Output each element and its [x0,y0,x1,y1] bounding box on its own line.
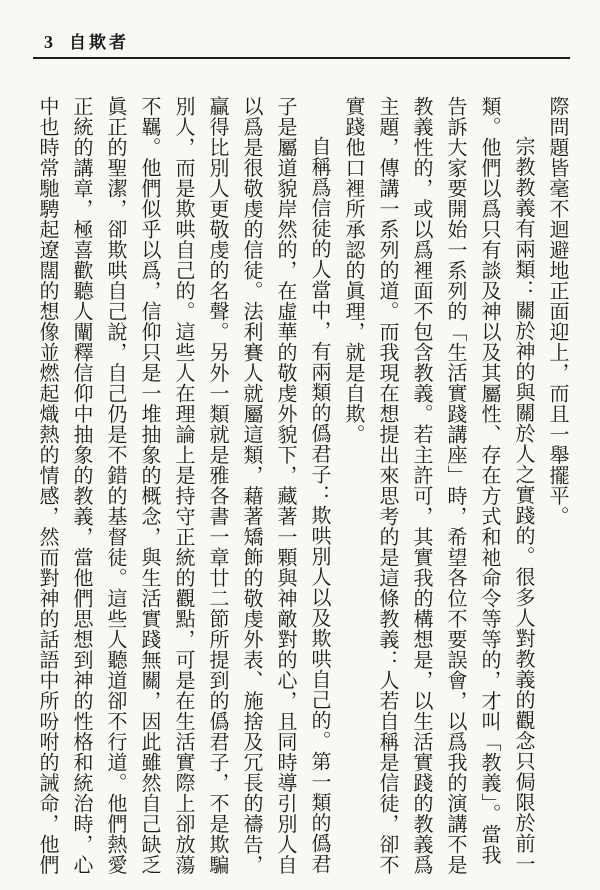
text-column: 教義性的，或以爲裡面不包含教義。若主許可，其實我的構想是，以生活實踐的教義爲 [404,96,438,878]
text-column: 贏得比別人更敬虔的名聲。另外一類就是雅各書一章廿二節所提到的僞君子，不是欺騙 [200,96,234,878]
text-column: 實踐他口裡所承認的眞理，就是自欺。 [336,96,370,878]
text-column: 眞正的聖潔，卻欺哄自己說，自己仍是不錯的基督徒。這些人聽道卻不行道。他們熱愛 [98,96,132,878]
text-column: 不羈。他們似乎以爲，信仰只是一堆抽象的概念，與生活實踐無關，因此雖然自己缺乏 [132,96,166,878]
page-header: 3 自欺者 [44,28,129,53]
book-page: 3 自欺者 際問題皆毫不迴避地正面迎上，而且一舉擺平。宗教教義有兩類：關於神的與… [0,0,600,890]
text-column: 類。他們以爲只有談及神以及其屬性、存在方式和祂命令等等的，才叫「教義」。當我 [472,96,506,878]
header-divider [33,57,570,59]
text-column: 子是屬道貌岸然的，在虛華的敬虔外貌下，藏著一顆與神敵對的心，且同時導引別人自 [268,96,302,878]
text-column: 以爲是很敬虔的信徒。法利賽人就屬這類，藉著矯飾的敬虔外表、施捨及冗長的禱告， [234,96,268,878]
text-column: 別人，而是欺哄自己的。這些人在理論上是持守正統的觀點，可是在生活實際上卻放蕩 [166,96,200,878]
text-column: 宗教教義有兩類：關於神的與關於人之實踐的。很多人對教義的觀念只侷限於前一 [506,96,540,878]
text-columns: 際問題皆毫不迴避地正面迎上，而且一舉擺平。宗教教義有兩類：關於神的與關於人之實踐… [26,96,574,878]
text-column: 告訴大家要開始一系列的「生活實踐講座」時，希望各位不要誤會，以爲我的演講不是 [438,96,472,878]
text-column: 際問題皆毫不迴避地正面迎上，而且一舉擺平。 [540,96,574,878]
page-number: 3 [44,32,53,53]
text-column: 正統的講章，極喜歡聽人闡釋信仰中抽象的教義，當他們思想到神的性格和統治時，心 [64,96,98,878]
text-column: 自稱爲信徒的人當中，有兩類的僞君子：欺哄別人以及欺哄自己的。第一類的僞君 [302,96,336,878]
text-column: 主題，傳講一系列的道。而我現在想提出來思考的是這條教義：人若自稱是信徒，卻不 [370,96,404,878]
text-column: 中也時常馳騁起遼闊的想像並燃起熾熱的情感，然而對神的話語中所吩咐的誡命，他們 [30,96,64,878]
page-title: 自欺者 [69,28,129,53]
